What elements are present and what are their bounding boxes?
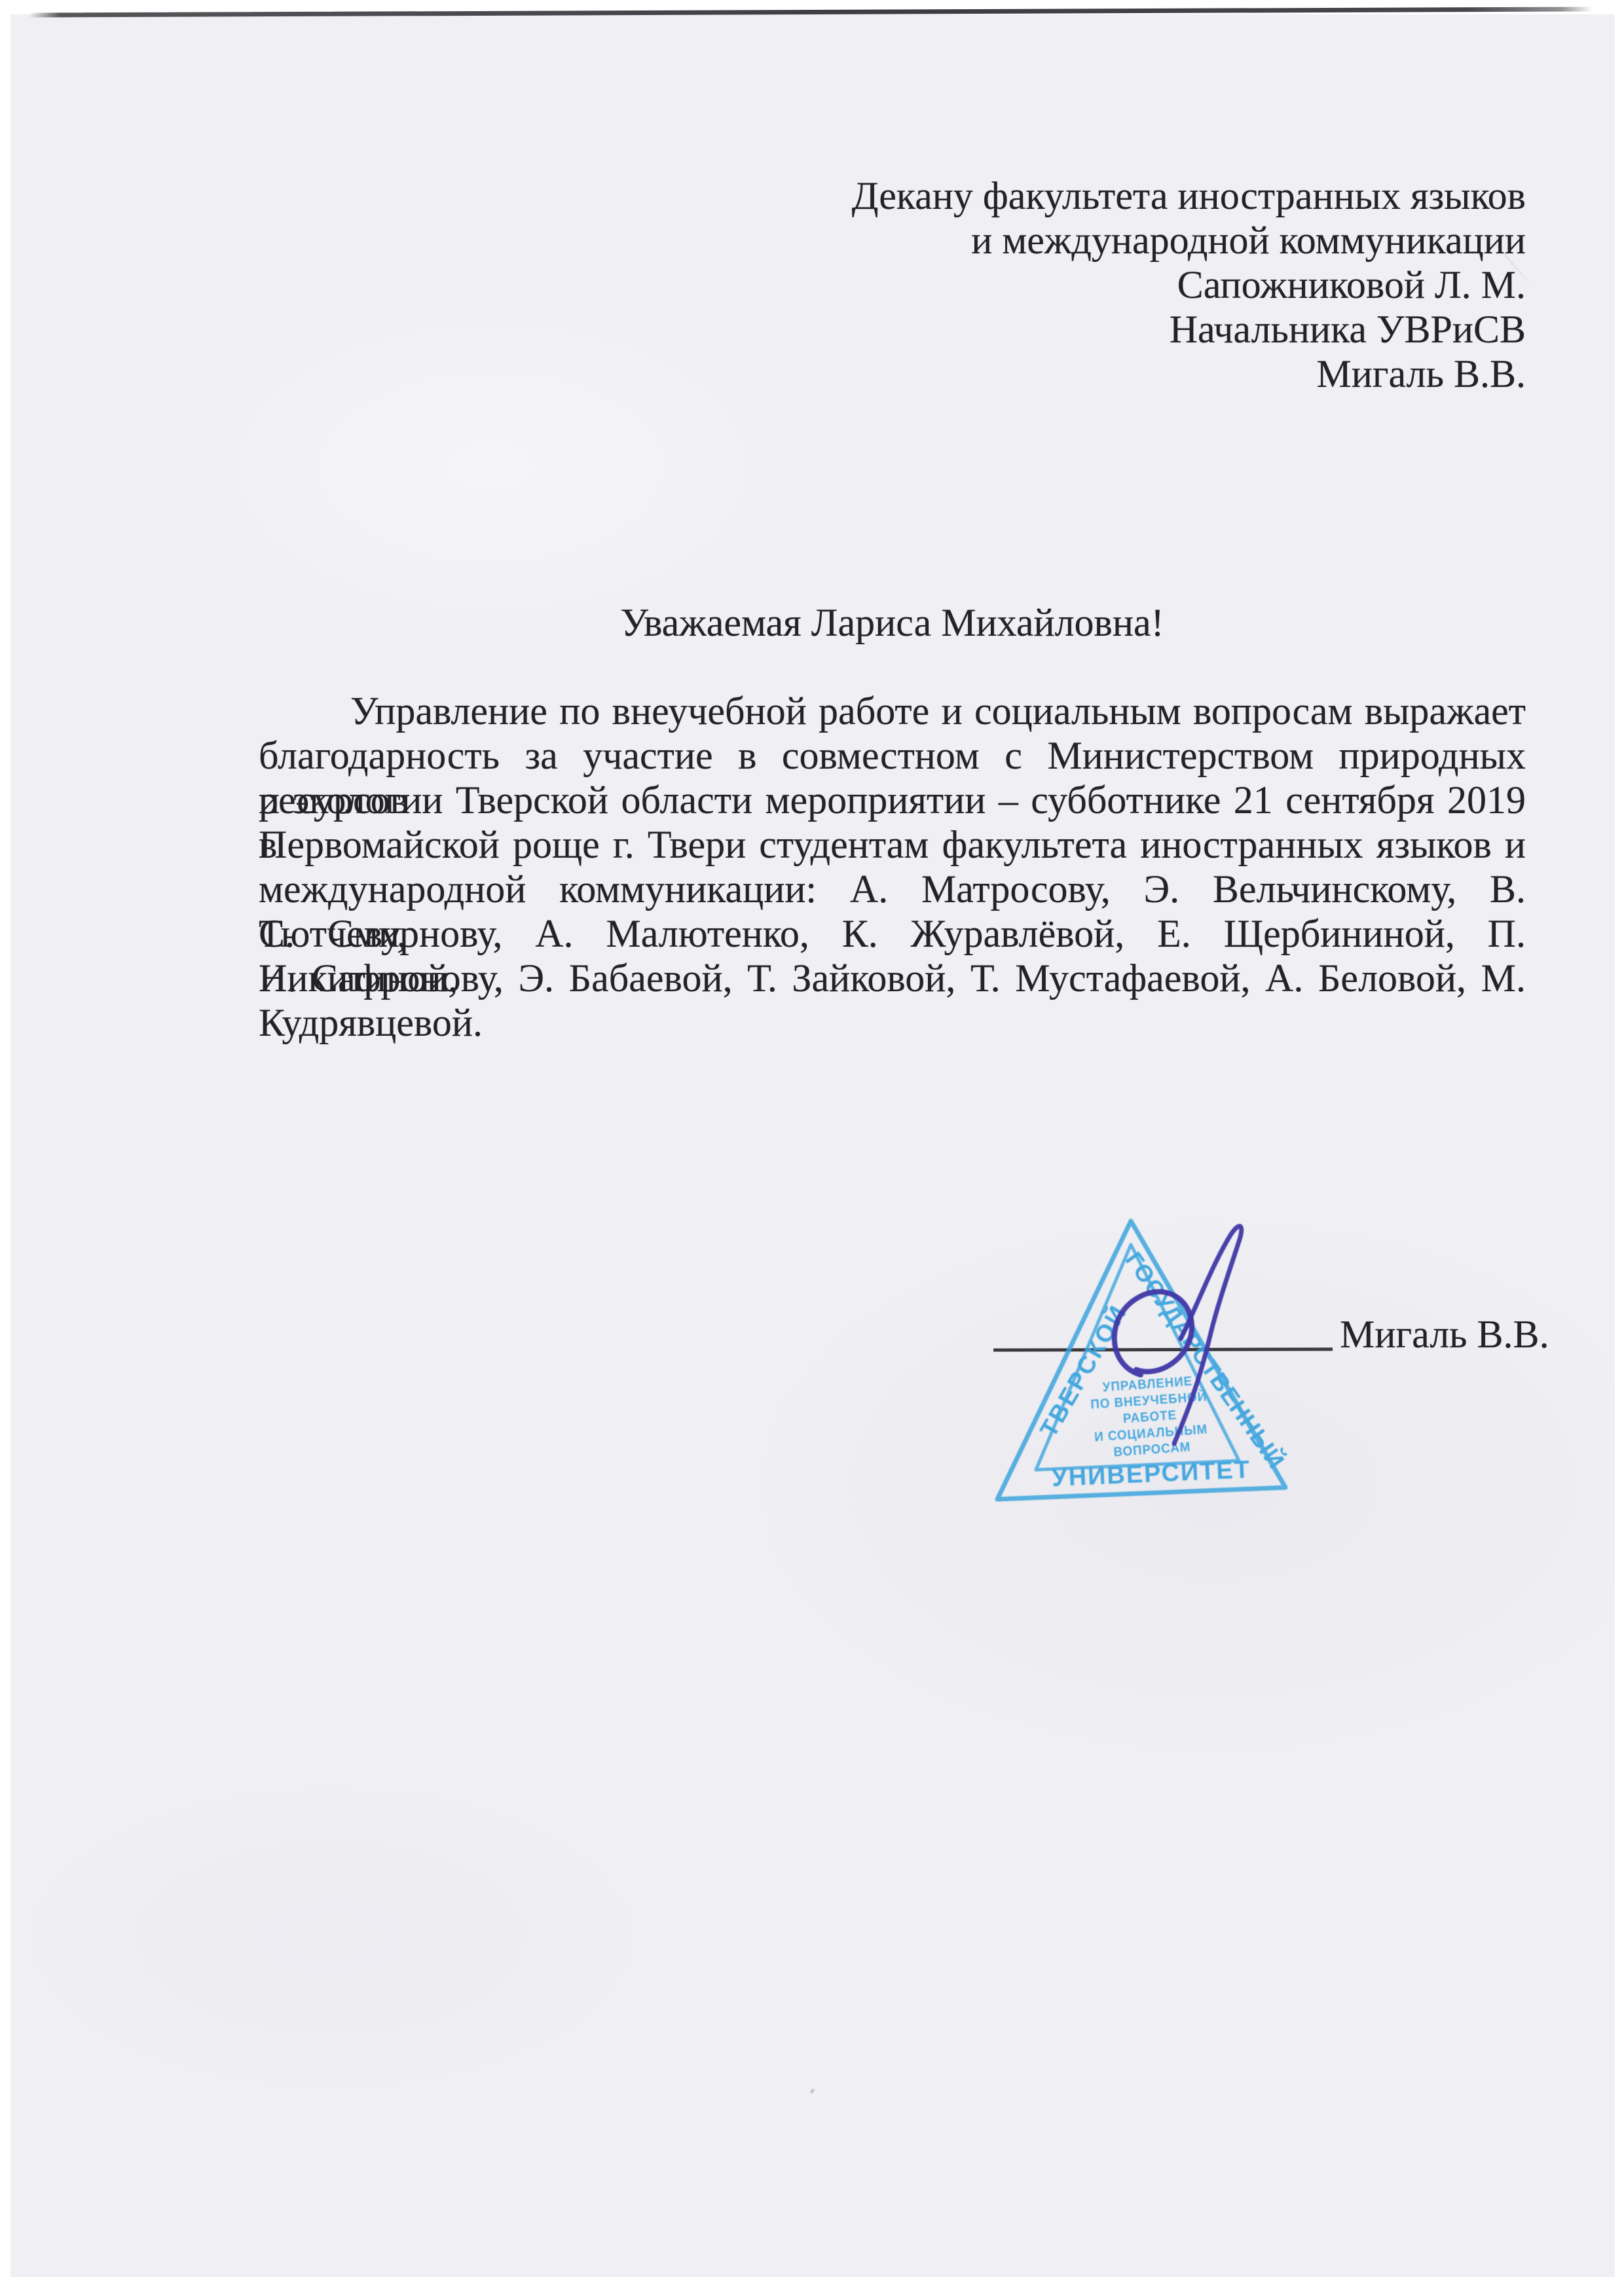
stamp: ТВЕРСКОЙ ГОСУДАРСТВЕННЫЙ УНИВЕРСИТЕТ УПР… bbox=[0, 0, 1624, 2296]
handwritten-signature-icon bbox=[1080, 1205, 1277, 1467]
scanned-letter-page: { "letter": { "recipient_block": { "line… bbox=[0, 0, 1624, 2296]
